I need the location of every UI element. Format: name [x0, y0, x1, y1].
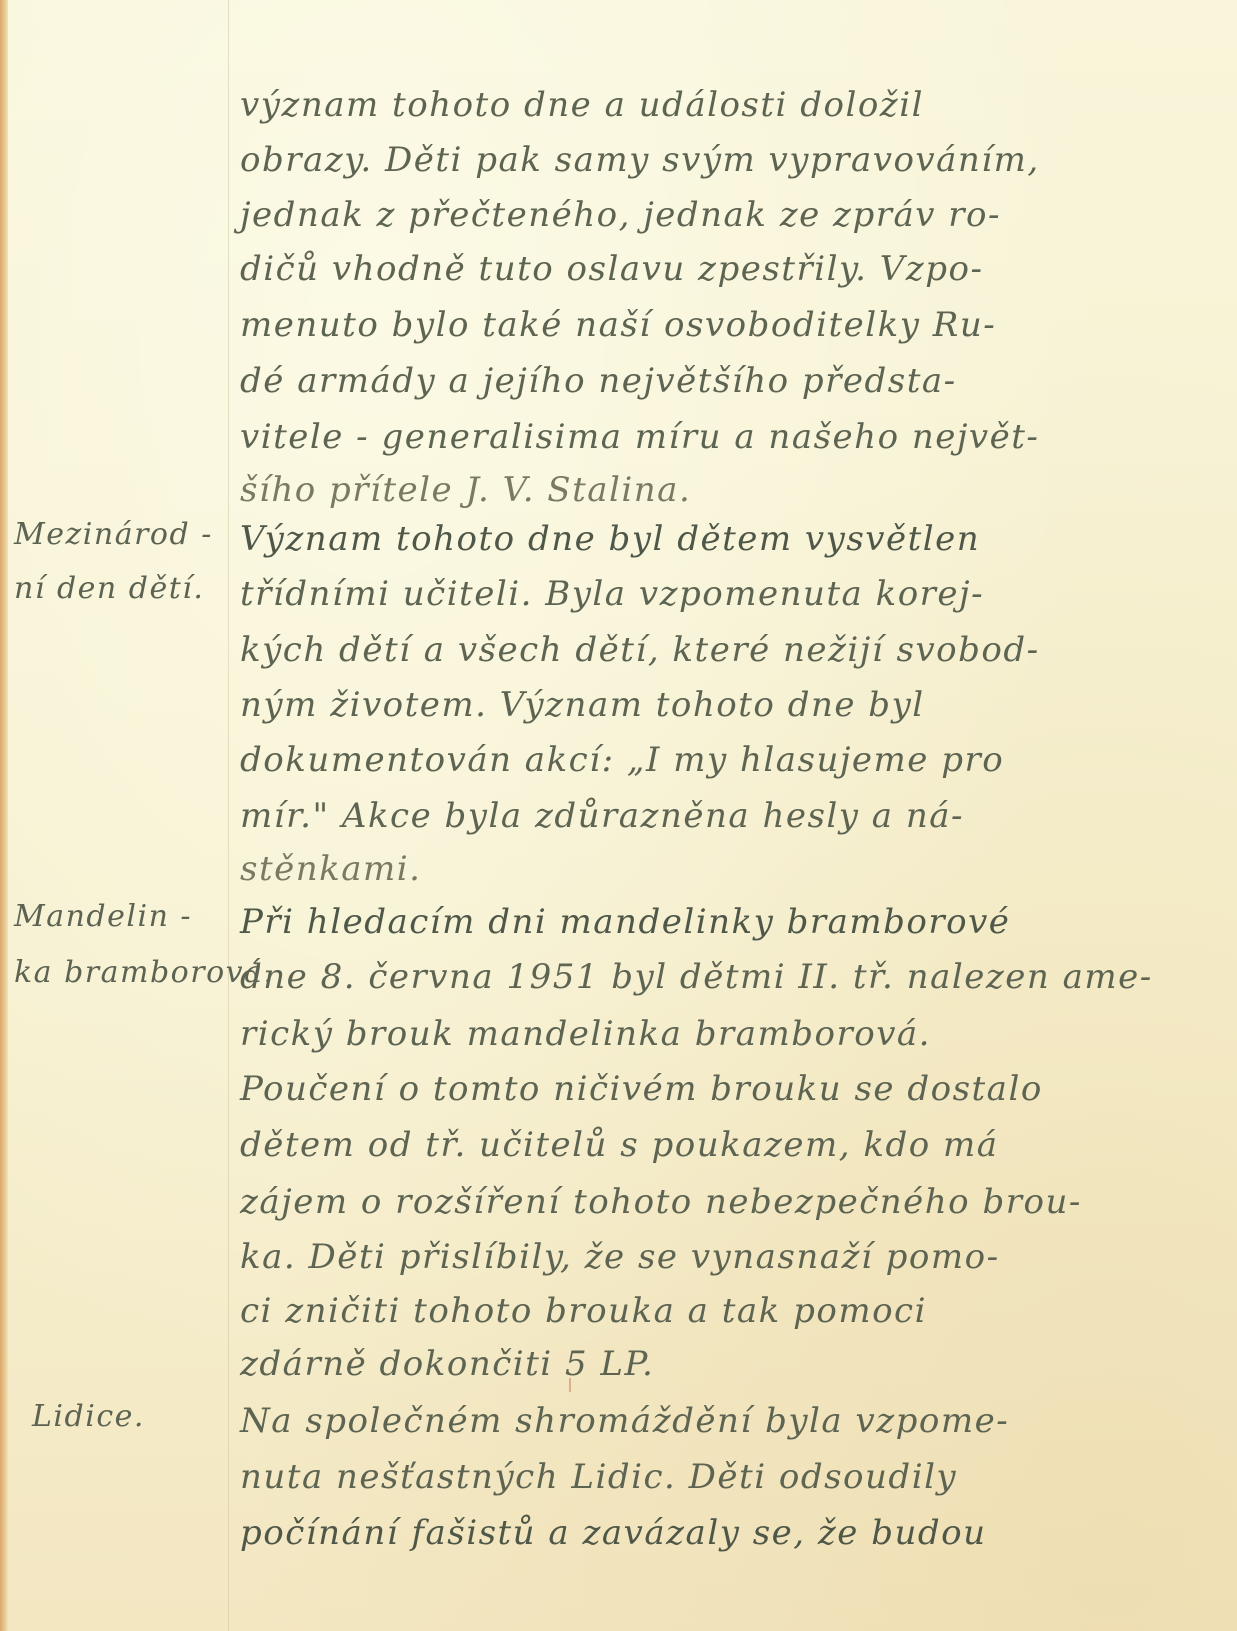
- margin-heading: Mezinárod -: [14, 520, 213, 550]
- text-line: dé armády a jejího největšího předsta-: [240, 364, 1200, 398]
- text-line: kých dětí a všech dětí, které nežijí svo…: [240, 633, 1200, 667]
- text-line: stěnkami.: [240, 852, 1200, 886]
- margin-heading: ní den dětí.: [14, 574, 204, 604]
- chronicle-page: význam tohoto dne a události doložil obr…: [0, 0, 1237, 1631]
- text-line: Na společném shromáždění byla vzpome-: [240, 1404, 1200, 1438]
- text-line: význam tohoto dne a události doložil: [240, 88, 1200, 122]
- text-line: menuto bylo také naší osvoboditelky Ru-: [240, 308, 1200, 342]
- text-line: počínání fašistů a zavázaly se, že budou: [240, 1516, 1200, 1550]
- text-line: zdárně dokončiti 5 LP.: [240, 1347, 1200, 1381]
- text-line: ci zničiti tohoto brouka a tak pomoci: [240, 1294, 1200, 1328]
- text-line: dokumentován akcí: „I my hlasujeme pro: [240, 743, 1200, 777]
- text-line: dne 8. června 1951 byl dětmi II. tř. nal…: [240, 960, 1200, 994]
- text-line: Při hledacím dni mandelinky bramborové: [240, 905, 1200, 939]
- margin-heading: ka bramborová.: [14, 958, 275, 988]
- text-line: ka. Děti přislíbily, že se vynasnaží pom…: [240, 1240, 1200, 1274]
- text-line: Poučení o tomto ničivém brouku se dostal…: [240, 1072, 1200, 1106]
- text-line: ným životem. Význam tohoto dne byl: [240, 688, 1200, 722]
- text-line: nuta nešťastných Lidic. Děti odsoudily: [240, 1460, 1200, 1494]
- text-line: šího přítele J. V. Stalina.: [240, 473, 1200, 507]
- text-line: dičů vhodně tuto oslavu zpestřily. Vzpo-: [240, 252, 1200, 286]
- text-line: obrazy. Děti pak samy svým vypravováním,: [240, 143, 1200, 177]
- text-line: vitele - generalisima míru a našeho nejv…: [240, 420, 1200, 454]
- text-line: mír." Akce byla zdůrazněna hesly a ná-: [240, 799, 1200, 833]
- margin-rule: [228, 0, 229, 1631]
- margin-heading: Lidice.: [32, 1402, 145, 1432]
- text-line: zájem o rozšíření tohoto nebezpečného br…: [240, 1185, 1200, 1219]
- text-line: třídními učiteli. Byla vzpomenuta korej-: [240, 577, 1200, 611]
- text-line: dětem od tř. učitelů s poukazem, kdo má: [240, 1128, 1200, 1162]
- text-line: rický brouk mandelinka bramborová.: [240, 1017, 1200, 1051]
- text-line: jednak z přečteného, jednak ze zpráv ro-: [240, 198, 1200, 232]
- text-line: Význam tohoto dne byl dětem vysvětlen: [240, 522, 1200, 556]
- margin-heading: Mandelin -: [14, 902, 192, 932]
- page-binding-edge: [0, 0, 8, 1631]
